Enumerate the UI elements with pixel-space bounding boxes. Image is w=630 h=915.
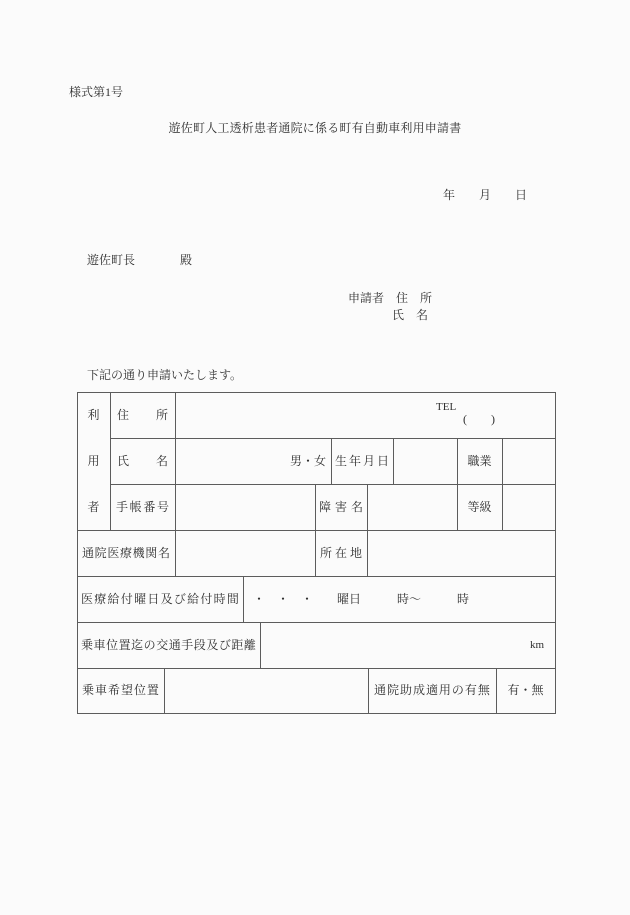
- user-section-label: 利用者: [77, 392, 110, 530]
- notebook-number-input-area: [175, 484, 315, 530]
- transport-distance-label: 乗車位置迄の交通手段及び距離: [77, 622, 260, 668]
- disability-label: 障害名: [315, 484, 367, 530]
- table-grid-line-horizontal: [77, 576, 556, 577]
- table-grid-line-horizontal: [77, 668, 556, 669]
- table-grid-line-vertical: [331, 438, 332, 485]
- table-grid-line-vertical: [457, 438, 458, 531]
- form-number: 様式第1号: [69, 86, 123, 99]
- notebook-number-label: 手帳番号: [110, 484, 175, 530]
- application-table: 利用者 住 所 TEL ( ) 氏 名 男・女 生年月日 職業 手帳番号 障害名…: [77, 392, 556, 714]
- hospital-location-input-area: [367, 530, 555, 576]
- distance-unit: km: [260, 622, 555, 668]
- table-grid-line-horizontal: [110, 438, 556, 439]
- boarding-position-input-area: [164, 668, 368, 713]
- hospital-name-input-area: [175, 530, 315, 576]
- table-grid-line-vertical: [502, 438, 503, 531]
- disability-input-area: [367, 484, 457, 530]
- gender-options: 男・女: [175, 438, 331, 484]
- recipient-name: 遊佐町長: [87, 254, 135, 267]
- table-grid-line-horizontal: [77, 713, 556, 714]
- form-page: { "document": { "form_number": "様式第1号", …: [0, 0, 630, 915]
- table-grid-line-vertical: [110, 392, 111, 531]
- hospital-name-label: 通院医療機関名: [77, 530, 175, 576]
- job-label: 職業: [457, 438, 502, 484]
- declaration-text: 下記の通り申請いたします。: [87, 369, 242, 382]
- grade-label: 等級: [457, 484, 502, 530]
- subsidy-options: 有・無: [496, 668, 555, 713]
- tel-label: TEL: [436, 402, 496, 413]
- birthdate-input-area: [393, 438, 457, 484]
- table-grid-line-vertical: [77, 392, 78, 714]
- table-grid-line-vertical: [243, 576, 244, 623]
- table-grid-line-vertical: [368, 668, 369, 714]
- schedule-label: 医療給付曜日及び給付時間: [77, 576, 243, 622]
- table-grid-line-vertical: [164, 668, 165, 714]
- boarding-position-label: 乗車希望位置: [77, 668, 164, 713]
- table-grid-line-vertical: [367, 484, 368, 577]
- table-grid-line-vertical: [555, 392, 556, 714]
- hospital-location-label: 所在地: [315, 530, 367, 576]
- table-grid-line-horizontal: [77, 392, 556, 393]
- applicant-name-line: 氏 名: [392, 309, 428, 322]
- table-grid-line-horizontal: [77, 622, 556, 623]
- table-grid-line-horizontal: [77, 530, 556, 531]
- grade-input-area: [502, 484, 555, 530]
- table-grid-line-vertical: [496, 668, 497, 714]
- applicant-address-line: 申請者 住 所: [348, 292, 432, 305]
- address-label: 住 所: [110, 392, 175, 438]
- date-line: 年 月 日: [443, 189, 527, 202]
- table-grid-line-vertical: [315, 484, 316, 577]
- job-input-area: [502, 438, 555, 484]
- subsidy-label: 通院助成適用の有無: [368, 668, 496, 713]
- page-title: 遊佐町人工透析患者通院に係る町有自動車利用申請書: [0, 122, 630, 135]
- name-label: 氏 名: [110, 438, 175, 484]
- birthdate-label: 生年月日: [331, 438, 393, 484]
- table-grid-line-horizontal: [110, 484, 556, 485]
- schedule-value: ・ ・ ・ 曜日 時～ 時: [243, 576, 555, 622]
- table-grid-line-vertical: [175, 392, 176, 577]
- table-grid-line-vertical: [260, 622, 261, 669]
- table-grid-line-vertical: [393, 438, 394, 485]
- tel-paren: ( ): [463, 413, 523, 426]
- recipient-honorific: 殿: [180, 254, 192, 267]
